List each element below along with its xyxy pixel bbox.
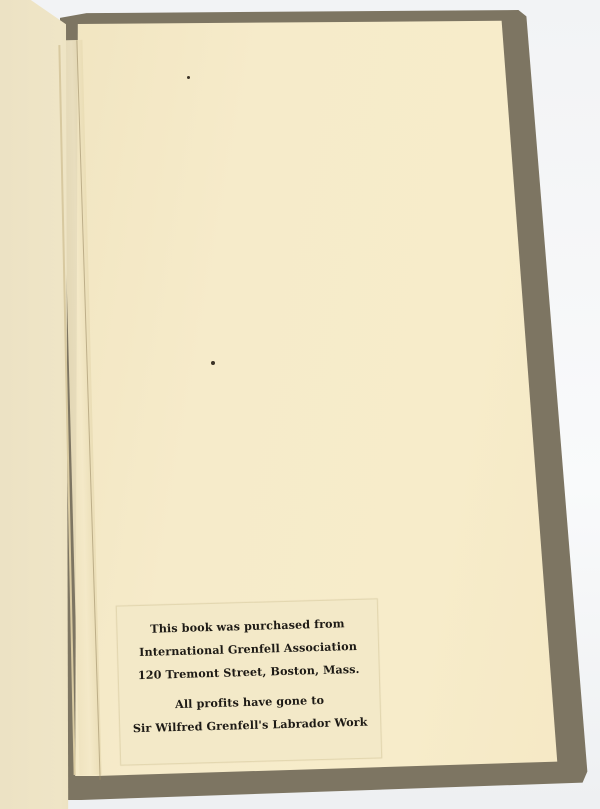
label-line-association: International Grenfell Association: [139, 641, 357, 658]
label-line-purchased: This book was purchased from: [150, 618, 345, 635]
book-photo: This book was purchased from Internation…: [0, 0, 600, 809]
paper-speck: [187, 76, 190, 79]
label-line-address: 120 Tremont Street, Boston, Mass.: [138, 664, 360, 681]
paper-speck: [211, 361, 215, 365]
label-line-labrador-work: Sir Wilfred Grenfell's Labrador Work: [133, 717, 368, 735]
bookseller-label: This book was purchased from Internation…: [116, 598, 382, 765]
label-line-profits: All profits have gone to: [175, 695, 324, 710]
